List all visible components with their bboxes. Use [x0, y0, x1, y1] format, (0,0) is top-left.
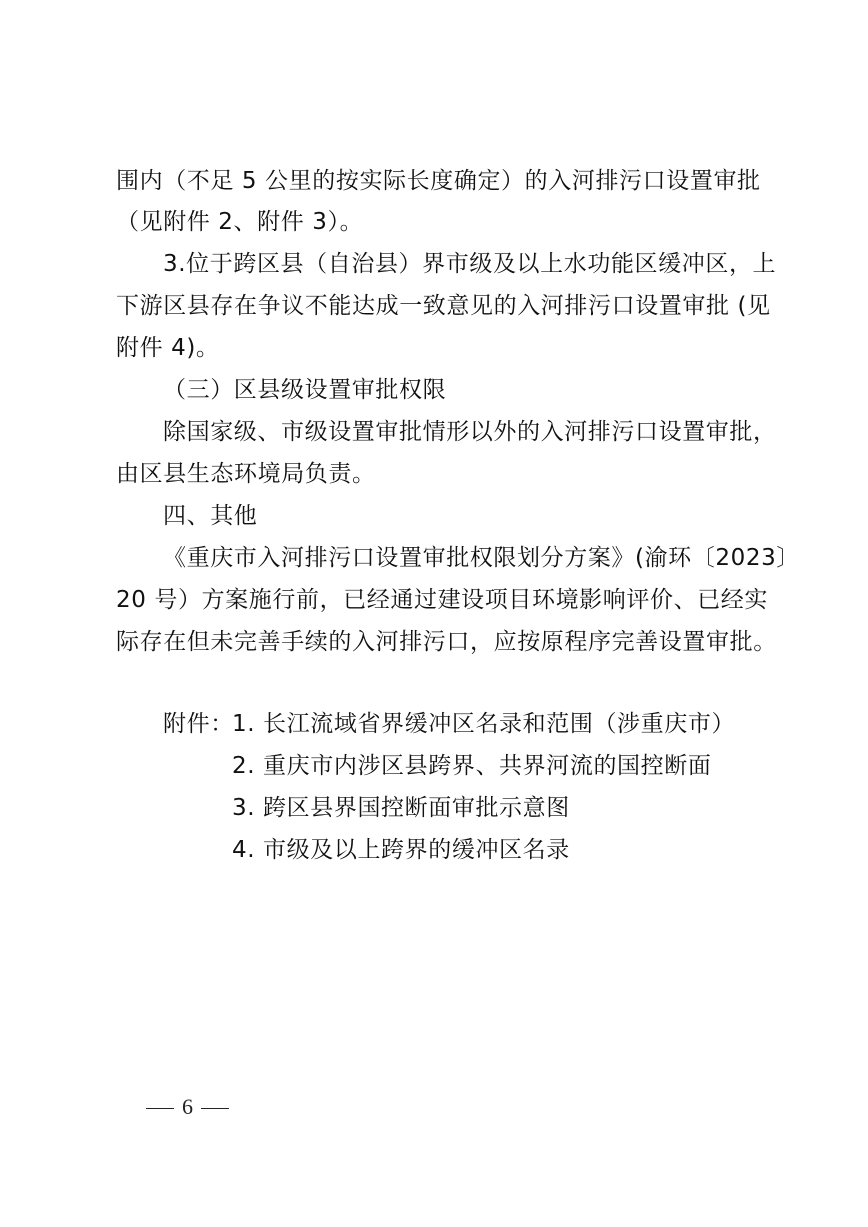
attachments-label: 附件： — [163, 709, 234, 739]
section-heading: 四、其他 — [163, 501, 257, 531]
dash-left — [146, 1108, 174, 1109]
attachment-item: 2. 重庆市内涉区县跨界、共界河流的国控断面 — [232, 751, 711, 781]
section-heading: （三）区县级设置审批权限 — [163, 375, 446, 405]
attachment-item: 3. 跨区县界国控断面审批示意图 — [232, 793, 570, 823]
paragraph-line: 附件 4)。 — [116, 333, 220, 363]
paragraph-line: 由区县生态环境局负责。 — [116, 459, 376, 489]
dash-right — [201, 1108, 229, 1109]
document-page: 围内（不足 5 公里的按实际长度确定）的入河排污口设置审批 （见附件 2、附件 … — [0, 0, 868, 1227]
paragraph-line: 《重庆市入河排污口设置审批权限划分方案》(渝环〔2023〕 — [163, 543, 800, 573]
paragraph-line: 下游区县存在争议不能达成一致意见的入河排污口设置审批 (见 — [116, 291, 771, 321]
attachment-item: 1. 长江流域省界缓冲区名录和范围（涉重庆市） — [232, 709, 735, 739]
paragraph-line: 20 号）方案施行前，已经通过建设项目环境影响评价、已经实 — [116, 585, 768, 615]
paragraph-line: 围内（不足 5 公里的按实际长度确定）的入河排污口设置审批 — [116, 166, 761, 196]
paragraph-line: 际存在但未完善手续的入河排污口，应按原程序完善设置审批。 — [116, 627, 777, 657]
paragraph-line: （见附件 2、附件 3）。 — [116, 207, 363, 237]
paragraph-line: 3.位于跨区县（自治县）界市级及以上水功能区缓冲区，上 — [163, 249, 776, 279]
attachment-item: 4. 市级及以上跨界的缓冲区名录 — [232, 835, 570, 865]
page-number: 6 — [138, 1092, 237, 1122]
page-number-value: 6 — [182, 1094, 193, 1119]
paragraph-line: 除国家级、市级设置审批情形以外的入河排污口设置审批， — [163, 417, 777, 447]
